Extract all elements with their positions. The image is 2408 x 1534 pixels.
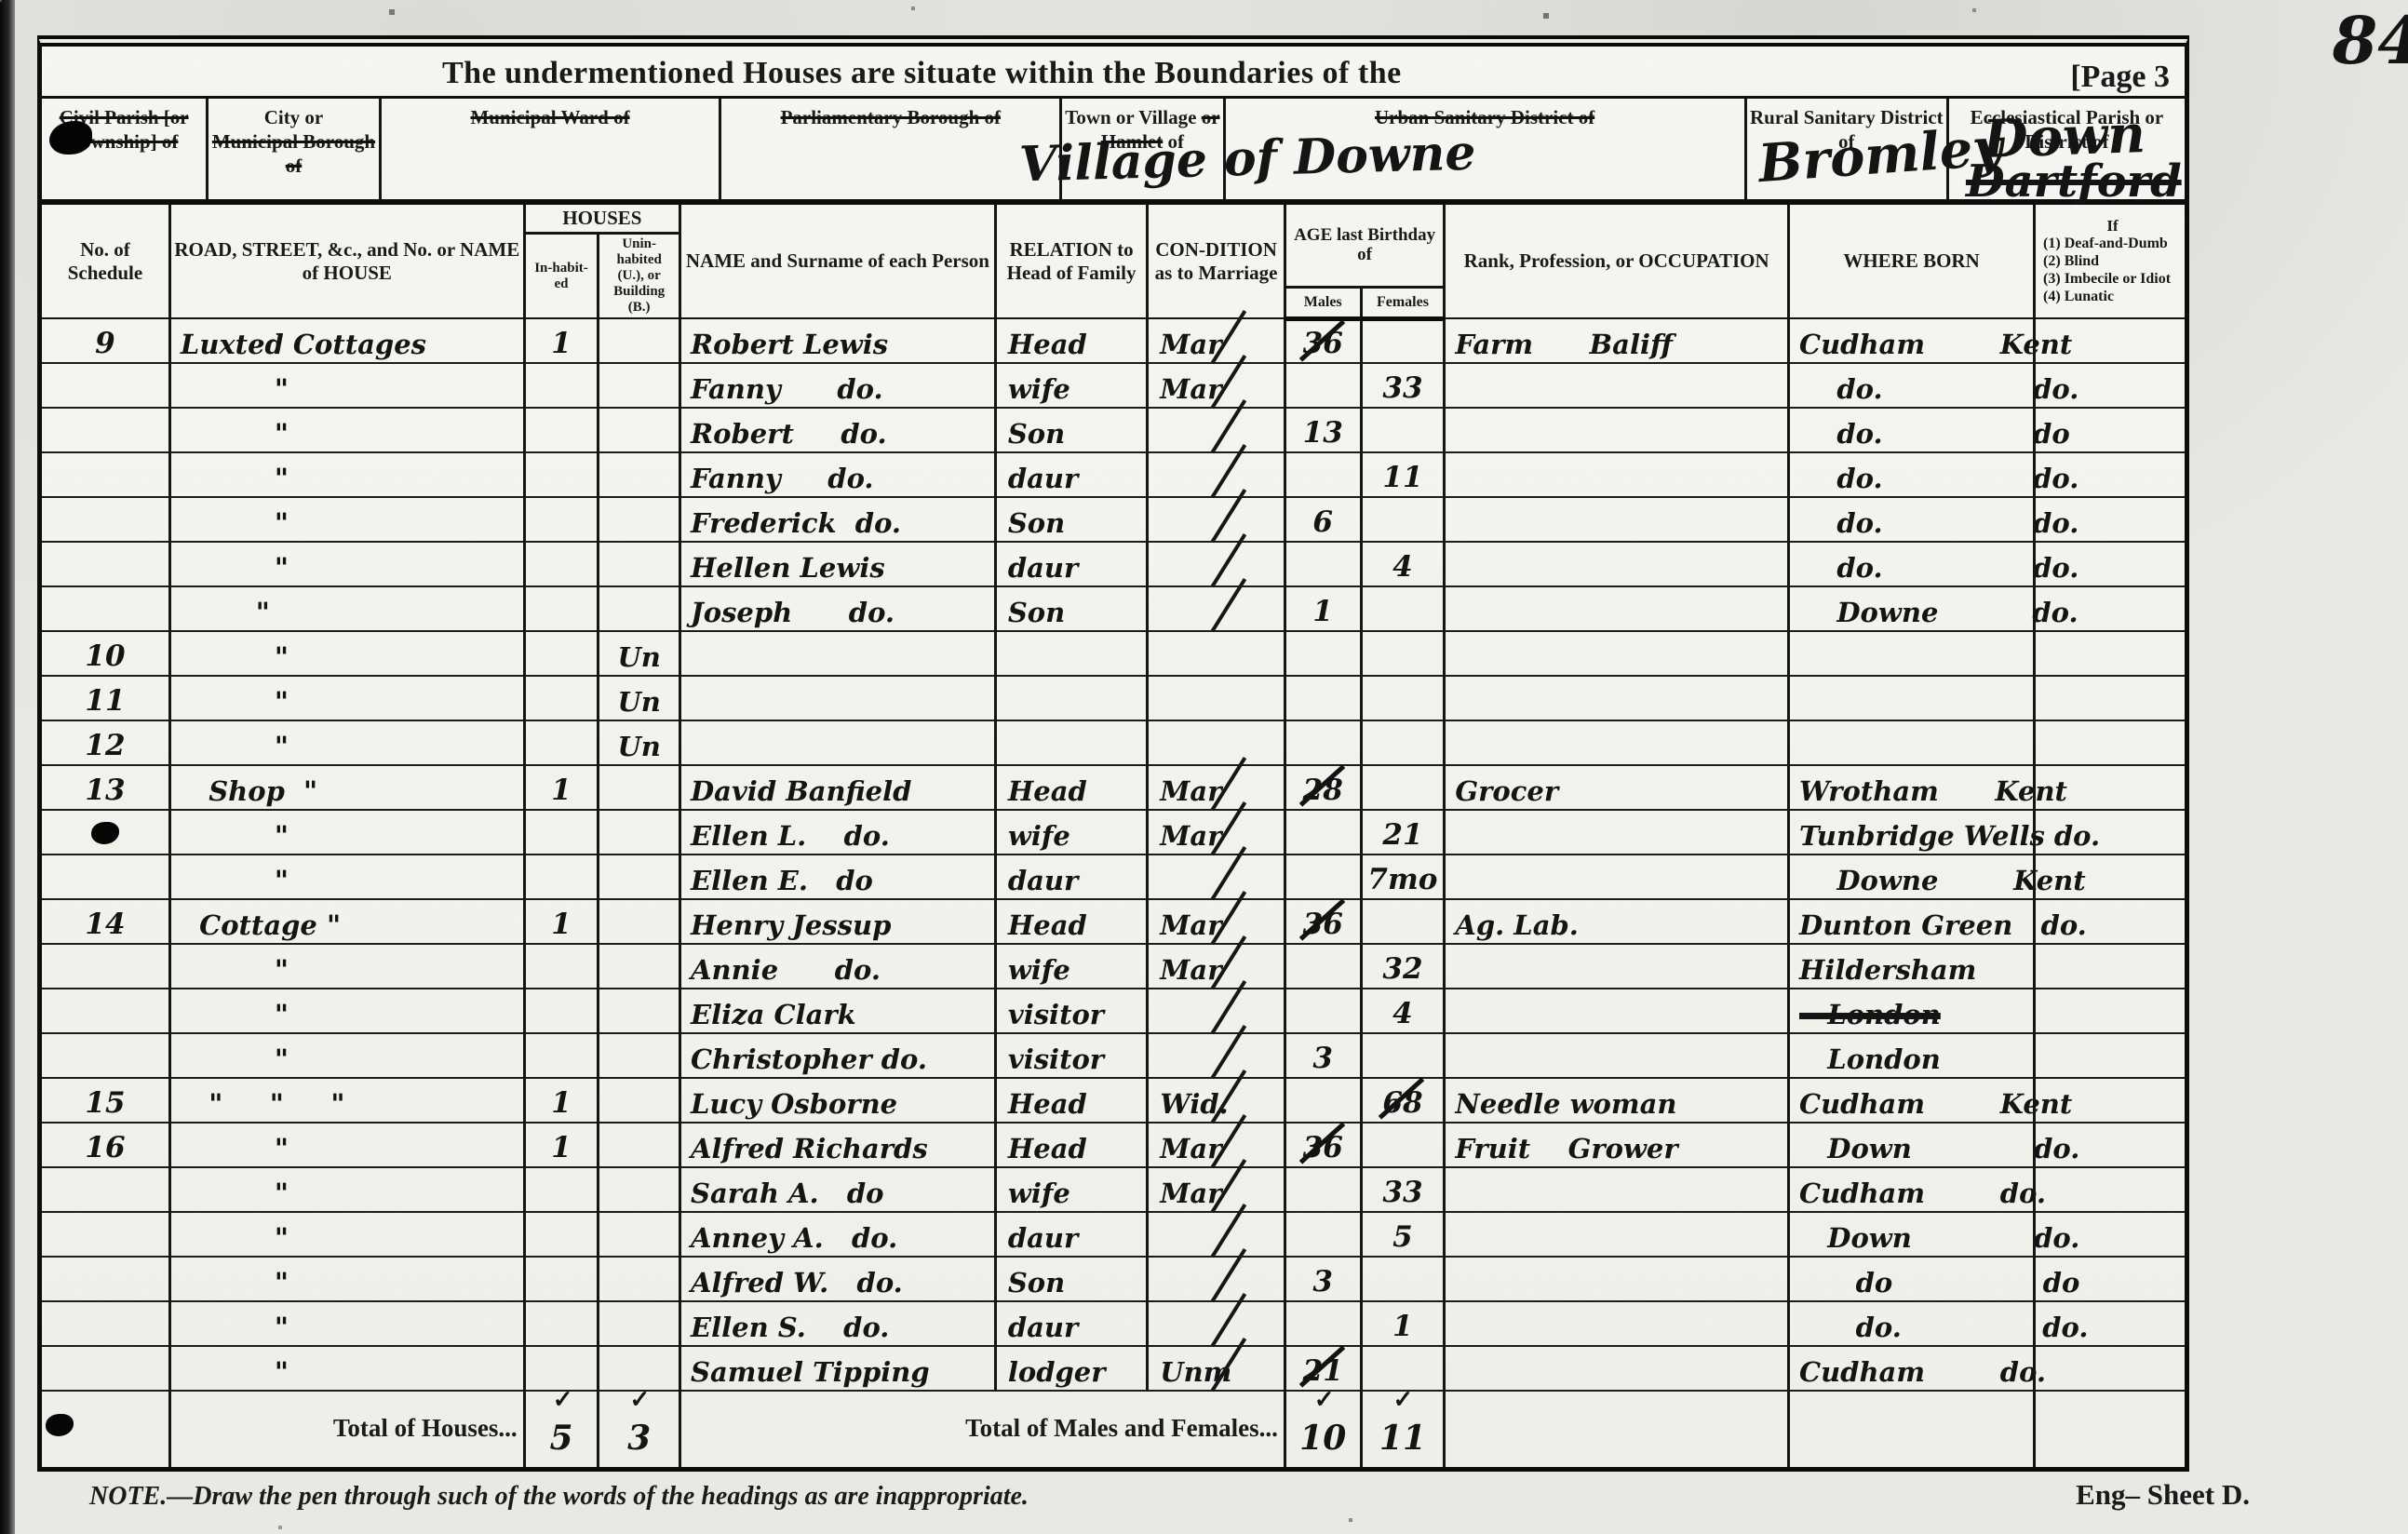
condition-cell: Mar [1148,899,1285,944]
total-males-females-label: Total of Males and Females... [680,1391,1285,1467]
col-header-condition: CON-DITION as to Marriage [1148,205,1285,318]
occupation-cell [1445,1346,1789,1391]
table-header: No. of Schedule ROAD, STREET, &c., and N… [42,205,2185,318]
condition-cell: Mar [1148,1167,1285,1212]
ecclesiastical-value: Down [1983,122,2146,152]
relation-cell: Head [995,318,1147,363]
inhabited-cell [524,1257,599,1301]
schedule-cell [42,1301,169,1346]
infirmity-cell [2035,452,2185,497]
uninhabited-cell [599,1301,680,1346]
born-cell: do. do. [1789,452,2035,497]
sheet-label: Eng– Sheet D. [2076,1478,2250,1512]
relation-cell: daur [995,1301,1147,1346]
page-label: [Page 3 [2070,60,2170,95]
female-age-cell [1361,1346,1445,1391]
occupation-cell: Farm Baliff [1445,318,1789,363]
census-form: The undermentioned Houses are situate wi… [37,35,2189,1472]
schedule-cell: 14 [42,899,169,944]
road-cell: " [169,944,524,989]
born-cell: Tunbridge Wells do. [1789,810,2035,854]
schedule-cell [42,542,169,586]
infirmity-cell [2035,944,2185,989]
relation-cell: Son [995,408,1147,452]
road-cell: " [169,363,524,408]
relation-cell [995,720,1147,765]
table-row: "Annie do.wifeMar32Hildersham [42,944,2185,989]
male-age-cell [1285,676,1361,720]
male-age-cell [1285,1212,1361,1257]
infirmity-cell [2035,765,2185,810]
condition-cell: Unm [1148,1346,1285,1391]
condition-cell [1148,1212,1285,1257]
ecclesiastical-struck-value: Dartford [1966,169,2182,194]
condition-cell [1148,1257,1285,1301]
born-cell: Wrotham Kent [1789,765,2035,810]
road-cell: " [169,1301,524,1346]
infirmity-cell [2035,542,2185,586]
schedule-cell [42,1212,169,1257]
name-cell: Annie do. [680,944,996,989]
road-cell: " [169,1346,524,1391]
col-header-houses: HOUSES [524,205,679,234]
female-age-cell [1361,720,1445,765]
infirmity-cell [2035,1078,2185,1123]
occupation-cell [1445,944,1789,989]
male-age-cell: 36 [1285,1123,1361,1167]
col-header-relation: RELATION to Head of Family [995,205,1147,318]
relation-cell: wife [995,363,1147,408]
condition-cell [1148,676,1285,720]
check-mark: ✓ [629,1386,650,1414]
uninhabited-cell [599,408,680,452]
female-age-cell [1361,318,1445,363]
male-age-cell [1285,452,1361,497]
inhabited-cell [524,1301,599,1346]
inhabited-cell [524,408,599,452]
name-cell [680,676,996,720]
table-row: "Ellen E. dodaur7mo Downe Kent [42,854,2185,899]
table-row: 11 "Un [42,676,2185,720]
occupation-cell [1445,408,1789,452]
infirmity-title: If [2043,217,2182,235]
relation-cell: Head [995,1123,1147,1167]
male-age-cell [1285,542,1361,586]
col-header-males: Males [1285,287,1361,318]
col-header-age: AGE last Birthday of [1285,205,1444,287]
born-cell: London [1789,989,2035,1033]
parliamentary-borough-label: Parliamentary Borough of [781,106,1001,128]
rural-sanitary-cell: Rural Sanitary District of Bromley [1744,99,1946,199]
condition-cell: Mar [1148,1123,1285,1167]
occupation-cell [1445,542,1789,586]
col-header-uninhabited: Unin-habited (U.), or Building (B.) [599,234,680,319]
inhabited-cell [524,810,599,854]
total-uninhabited: ✓ 3 [599,1391,680,1467]
inhabited-cell [524,452,599,497]
schedule-cell [42,586,169,631]
name-cell: David Banfield [680,765,996,810]
col-header-infirmity: If (1) Deaf-and-Dumb (2) Blind (3) Imbec… [2035,205,2185,318]
infirmity-cell [2035,408,2185,452]
table-body: 9Luxted Cottages1Robert LewisHeadMar36Fa… [42,318,2185,1391]
col-header-name: NAME and Surname of each Person [680,205,996,318]
inhabited-cell [524,676,599,720]
born-cell: do. do. [1789,1301,2035,1346]
condition-cell: Wid. [1148,1078,1285,1123]
female-age-cell [1361,408,1445,452]
name-cell: Alfred W. do. [680,1257,996,1301]
born-cell [1789,631,2035,676]
inhabited-cell: 1 [524,899,599,944]
uninhabited-cell [599,497,680,542]
road-cell: " [169,408,524,452]
inhabited-cell [524,1212,599,1257]
table-row: "Robert do.Son13 do. do [42,408,2185,452]
born-cell: London [1789,1033,2035,1078]
parliamentary-borough-cell: Parliamentary Borough of [719,99,1059,199]
table-row: 9Luxted Cottages1Robert LewisHeadMar36Fa… [42,318,2185,363]
infirmity-cell [2035,810,2185,854]
table-row: 14 Cottage "1Henry JessupHeadMar36Ag. La… [42,899,2185,944]
schedule-cell [42,1167,169,1212]
born-cell: Cudham do. [1789,1167,2035,1212]
uninhabited-cell [599,542,680,586]
check-mark: ✓ [1393,1386,1414,1414]
table-row: "Alfred W. do.Son3 do do [42,1257,2185,1301]
relation-cell: daur [995,854,1147,899]
male-age-cell [1285,810,1361,854]
uninhabited-cell [599,1033,680,1078]
table-row: 10 "Un [42,631,2185,676]
condition-cell: Mar [1148,765,1285,810]
relation-cell: Head [995,899,1147,944]
name-cell: Anney A. do. [680,1212,996,1257]
town-village-value: Village of Downe [1019,141,1476,178]
infirmity-cell [2035,1033,2185,1078]
born-cell: do. do. [1789,542,2035,586]
infirmity-cell [2035,854,2185,899]
infirmity-cell [2035,1301,2185,1346]
schedule-cell: 13 [42,765,169,810]
town-village-or-struck: or [1202,106,1220,128]
female-age-cell [1361,1257,1445,1301]
road-cell: " [169,1123,524,1167]
male-age-cell: 21 [1285,1346,1361,1391]
uninhabited-cell [599,586,680,631]
inhabited-cell [524,497,599,542]
born-cell: do. do [1789,408,2035,452]
uninhabited-cell [599,854,680,899]
road-cell: " [169,586,524,631]
uninhabited-cell [599,810,680,854]
born-cell: Down do. [1789,1123,2035,1167]
condition-cell [1148,452,1285,497]
occupation-cell [1445,1033,1789,1078]
occupation-cell [1445,1301,1789,1346]
male-age-cell [1285,363,1361,408]
table-row: "Hellen Lewisdaur4 do. do. [42,542,2185,586]
name-cell: Ellen E. do [680,854,996,899]
male-age-cell [1285,989,1361,1033]
infirmity-item-3: (3) Imbecile or Idiot [2043,271,2171,287]
name-cell [680,720,996,765]
road-cell: " [169,720,524,765]
road-cell: Luxted Cottages [169,318,524,363]
inhabited-cell [524,989,599,1033]
table-row: 13 Shop "1David BanfieldHeadMar28GrocerW… [42,765,2185,810]
road-cell: " [169,1033,524,1078]
female-age-cell [1361,631,1445,676]
male-age-cell: 36 [1285,899,1361,944]
name-cell: Robert do. [680,408,996,452]
road-cell: " [169,1257,524,1301]
infirmity-cell [2035,989,2185,1033]
road-cell: Shop " [169,765,524,810]
female-age-cell [1361,1123,1445,1167]
born-cell: do. do. [1789,497,2035,542]
occupation-cell [1445,810,1789,854]
col-header-inhabited: In-habit-ed [524,234,599,319]
inhabited-cell [524,586,599,631]
condition-cell [1148,854,1285,899]
name-cell: Sarah A. do [680,1167,996,1212]
table-row: "Ellen L. do.wifeMar21Tunbridge Wells do… [42,810,2185,854]
totals-born-cell [1789,1391,2035,1467]
male-age-cell: 3 [1285,1257,1361,1301]
condition-cell [1148,497,1285,542]
occupation-cell [1445,720,1789,765]
female-age-cell [1361,765,1445,810]
uninhabited-cell [599,452,680,497]
female-age-cell: 4 [1361,989,1445,1033]
name-cell: Hellen Lewis [680,542,996,586]
road-cell: " [169,497,524,542]
road-cell: Cottage " [169,899,524,944]
male-age-cell: 36 [1285,318,1361,363]
infirmity-cell [2035,1257,2185,1301]
col-header-occupation: Rank, Profession, or OCCUPATION [1445,205,1789,318]
form-title: The undermentioned Houses are situate wi… [442,56,1402,91]
condition-cell [1148,1033,1285,1078]
schedule-cell [42,1257,169,1301]
uninhabited-cell [599,765,680,810]
born-cell: Cudham Kent [1789,318,2035,363]
condition-cell [1148,408,1285,452]
female-age-cell: 4 [1361,542,1445,586]
municipal-ward-cell: Municipal Ward of [379,99,720,199]
relation-cell: Head [995,765,1147,810]
road-cell: " [169,452,524,497]
relation-cell: daur [995,542,1147,586]
infirmity-item-2: (2) Blind [2043,253,2099,269]
uninhabited-cell [599,1346,680,1391]
census-table: No. of Schedule ROAD, STREET, &c., and N… [42,205,2185,1467]
table-row: "Frederick do.Son6 do. do. [42,497,2185,542]
male-age-cell [1285,854,1361,899]
name-cell: Ellen S. do. [680,1301,996,1346]
table-row: "Ellen S. do.daur1 do. do. [42,1301,2185,1346]
road-cell: " [169,631,524,676]
uninhabited-cell [599,899,680,944]
relation-cell [995,676,1147,720]
city-borough-label-line2: Municipal Borough of [212,130,375,177]
condition-cell [1148,631,1285,676]
uninhabited-cell [599,1257,680,1301]
schedule-cell [42,452,169,497]
occupation-cell [1445,497,1789,542]
total-males: ✓ 10 [1285,1391,1361,1467]
occupation-cell [1445,1257,1789,1301]
table-row: 15 " " "1Lucy OsborneHeadWid.68Needle wo… [42,1078,2185,1123]
occupation-cell: Grocer [1445,765,1789,810]
infirmity-cell [2035,720,2185,765]
town-village-cell: Town or Village or Hamlet of Village of … [1059,99,1222,199]
relation-cell: Son [995,586,1147,631]
table-row: "Fanny do.wifeMar33 do. do. [42,363,2185,408]
relation-cell: lodger [995,1346,1147,1391]
condition-cell [1148,989,1285,1033]
occupation-cell [1445,631,1789,676]
infirmity-cell [2035,1167,2185,1212]
female-age-cell: 1 [1361,1301,1445,1346]
schedule-cell [42,810,169,854]
condition-cell: Mar [1148,363,1285,408]
totals-occupation-cell [1445,1391,1789,1467]
born-cell: Down do. [1789,1212,2035,1257]
relation-cell: Son [995,497,1147,542]
male-age-cell [1285,1167,1361,1212]
born-cell: do do [1789,1257,2035,1301]
table-row: 12 "Un [42,720,2185,765]
schedule-cell [42,1033,169,1078]
male-age-cell [1285,631,1361,676]
total-females: ✓ 11 [1361,1391,1445,1467]
inhabited-cell [524,1167,599,1212]
total-houses-label: Total of Houses... [169,1391,524,1467]
relation-cell: Son [995,1257,1147,1301]
scan-speckles [0,0,2,2]
occupation-cell [1445,452,1789,497]
name-cell: Henry Jessup [680,899,996,944]
relation-cell [995,631,1147,676]
occupation-cell [1445,1167,1789,1212]
female-age-cell: 7mo [1361,854,1445,899]
female-age-cell: 5 [1361,1212,1445,1257]
male-age-cell: 28 [1285,765,1361,810]
uninhabited-cell [599,989,680,1033]
inhabited-cell [524,631,599,676]
relation-cell: wife [995,944,1147,989]
male-age-cell: 6 [1285,497,1361,542]
ink-blot [46,1414,74,1436]
schedule-cell: 9 [42,318,169,363]
road-cell: " [169,1212,524,1257]
born-cell [1789,720,2035,765]
condition-cell: Mar [1148,318,1285,363]
condition-cell [1148,1301,1285,1346]
condition-cell [1148,720,1285,765]
inhabited-cell: 1 [524,1078,599,1123]
name-cell: Lucy Osborne [680,1078,996,1123]
infirmity-cell [2035,1123,2185,1167]
road-cell: " [169,1167,524,1212]
uninhabited-cell [599,944,680,989]
name-cell: Eliza Clark [680,989,996,1033]
infirmity-cell [2035,1212,2185,1257]
infirmity-cell [2035,676,2185,720]
male-age-cell: 13 [1285,408,1361,452]
uninhabited-cell: Un [599,720,680,765]
occupation-cell [1445,854,1789,899]
totals-row: Total of Houses... ✓ 5 ✓ 3 Total of Male… [42,1391,2185,1467]
condition-cell: Mar [1148,944,1285,989]
schedule-cell [42,408,169,452]
female-age-cell: 21 [1361,810,1445,854]
female-age-cell: 32 [1361,944,1445,989]
born-cell: Downe Kent [1789,854,2035,899]
female-age-cell: 33 [1361,1167,1445,1212]
female-age-cell [1361,586,1445,631]
born-cell: Hildersham [1789,944,2035,989]
occupation-cell: Ag. Lab. [1445,899,1789,944]
condition-cell [1148,542,1285,586]
inhabited-cell [524,854,599,899]
female-age-cell [1361,899,1445,944]
uninhabited-cell [599,318,680,363]
town-village-label: Town or Village [1065,106,1201,128]
road-cell: " [169,810,524,854]
jurisdiction-band: Civil Parish [or Township] of City or Mu… [42,99,2185,205]
schedule-cell: 11 [42,676,169,720]
scan-edge [0,0,15,1534]
name-cell: Fanny do. [680,363,996,408]
relation-cell: visitor [995,1033,1147,1078]
uninhabited-cell: Un [599,676,680,720]
table-row: "Samuel TippinglodgerUnm21Cudham do. [42,1346,2185,1391]
born-cell [1789,676,2035,720]
infirmity-item-1: (1) Deaf-and-Dumb [2043,235,2168,251]
table-row: 16 "1Alfred RichardsHeadMar36Fruit Growe… [42,1123,2185,1167]
infirmity-cell [2035,631,2185,676]
schedule-cell [42,944,169,989]
inhabited-cell [524,1346,599,1391]
inhabited-cell: 1 [524,765,599,810]
relation-cell: wife [995,1167,1147,1212]
occupation-cell: Fruit Grower [1445,1123,1789,1167]
infirmity-cell [2035,363,2185,408]
occupation-cell [1445,1212,1789,1257]
corner-page-number: 84 [2333,2,2408,79]
male-age-cell: 3 [1285,1033,1361,1078]
name-cell: Frederick do. [680,497,996,542]
inhabited-cell: 1 [524,1123,599,1167]
totals-schedule-cell [42,1391,169,1467]
road-cell: " " " [169,1078,524,1123]
inhabited-cell [524,363,599,408]
col-header-females: Females [1361,287,1445,318]
col-header-road: ROAD, STREET, &c., and No. or NAME of HO… [169,205,524,318]
schedule-cell: 16 [42,1123,169,1167]
male-age-cell [1285,944,1361,989]
title-band: The undermentioned Houses are situate wi… [42,47,2185,99]
table-row: "Joseph do.Son1 Downe do. [42,586,2185,631]
occupation-cell [1445,363,1789,408]
relation-cell: wife [995,810,1147,854]
name-cell: Joseph do. [680,586,996,631]
born-cell: Downe do. [1789,586,2035,631]
name-cell [680,631,996,676]
